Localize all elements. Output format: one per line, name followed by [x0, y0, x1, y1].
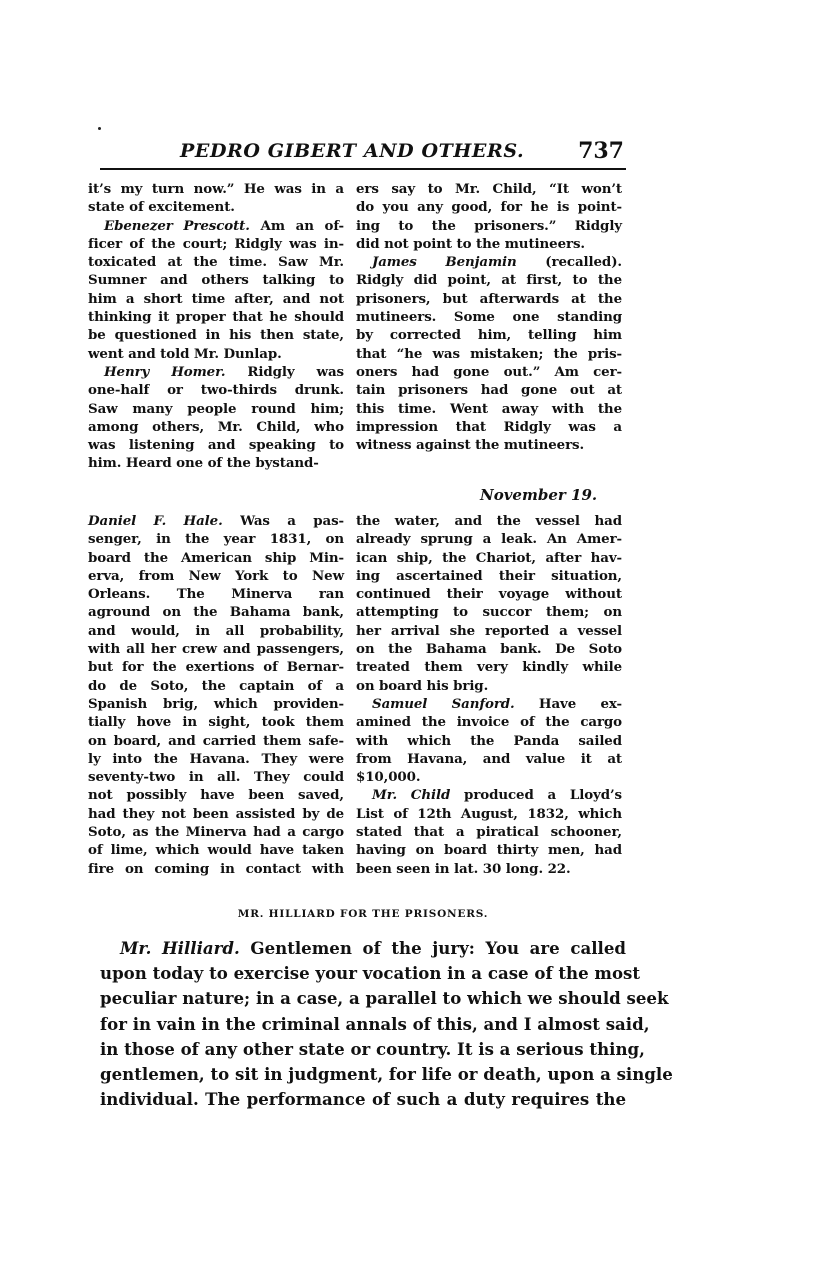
line-text: Soto, as the Minerva had a cargo: [88, 824, 344, 840]
text-line: with which the Panda sailed: [356, 732, 622, 750]
speaker-name: Mr. Child: [372, 787, 450, 803]
text-line: $10,000.: [356, 768, 622, 786]
line-text: (recalled).: [517, 254, 622, 270]
text-line: Mr. Child produced a Lloyd’s: [356, 786, 622, 804]
text-line: having on board thirty men, had: [356, 841, 622, 859]
line-text: Was a pas-: [223, 513, 344, 529]
text-line: Henry Homer. Ridgly was: [88, 363, 344, 381]
line-text: thinking it proper that he should: [88, 309, 344, 325]
text-line: that “he was mistaken; the pris-: [356, 345, 622, 363]
text-line: James Benjamin (recalled).: [356, 253, 622, 271]
line-text: for in vain in the criminal annals of th…: [100, 1014, 649, 1034]
line-text: Orleans. The Minerva ran: [88, 586, 344, 602]
line-text: from Havana, and value it at: [356, 751, 622, 767]
text-line: Soto, as the Minerva had a cargo: [88, 823, 344, 841]
running-head: PEDRO GIBERT AND OTHERS. 737: [100, 138, 626, 168]
text-line: impression that Ridgly was a: [356, 418, 622, 436]
speaker-name: Ebenezer Prescott.: [104, 218, 250, 234]
line-text: do you any good, for he is point-: [356, 199, 622, 215]
line-text: on board, and carried them safe-: [88, 733, 344, 749]
text-line: Daniel F. Hale. Was a pas-: [88, 512, 344, 530]
line-text: impression that Ridgly was a: [356, 419, 622, 435]
speaker-name: Samuel Sanford.: [372, 696, 515, 712]
line-text: Gentlemen of the jury: You are called: [240, 938, 626, 958]
text-line: amined the invoice of the cargo: [356, 713, 622, 731]
text-line: him. Heard one of the bystand-: [88, 454, 344, 472]
text-line: ers say to Mr. Child, “It won’t: [356, 180, 622, 198]
line-text: erva, from New York to New: [88, 568, 344, 584]
text-line: attempting to succor them; on: [356, 603, 622, 621]
line-text: aground on the Bahama bank,: [88, 604, 344, 620]
text-line: prisoners, but afterwards at the: [356, 290, 622, 308]
line-text: ican ship, the Chariot, after hav-: [356, 550, 622, 566]
text-line: do de Soto, the captain of a: [88, 677, 344, 695]
line-text: in those of any other state or country. …: [100, 1039, 645, 1059]
line-text: been seen in lat. 30 long. 22.: [356, 861, 571, 877]
line-text: ers say to Mr. Child, “It won’t: [356, 181, 622, 197]
line-text: ly into the Havana. They were: [88, 751, 344, 767]
text-line: on board his brig.: [356, 677, 622, 695]
line-text: ing ascertained their situation,: [356, 568, 622, 584]
line-text: was listening and speaking to: [88, 437, 344, 453]
text-line: among others, Mr. Child, who: [88, 418, 344, 436]
line-text: among others, Mr. Child, who: [88, 419, 344, 435]
text-line: be questioned in his then state,: [88, 326, 344, 344]
line-text: oners had gone out.” Am cer-: [356, 364, 622, 380]
text-line: in those of any other state or country. …: [100, 1037, 626, 1062]
line-text: but for the exertions of Bernar-: [88, 659, 344, 675]
text-line: one-half or two-thirds drunk.: [88, 381, 344, 399]
line-text: already sprung a leak. An Amer-: [356, 531, 622, 547]
line-text: $10,000.: [356, 769, 420, 785]
text-line: but for the exertions of Bernar-: [88, 658, 344, 676]
text-line: List of 12th August, 1832, which: [356, 805, 622, 823]
line-text: by corrected him, telling him: [356, 327, 622, 343]
line-text: continued their voyage without: [356, 586, 622, 602]
text-line: tain prisoners had gone out at: [356, 381, 622, 399]
text-line: thinking it proper that he should: [88, 308, 344, 326]
date-heading: November 19.: [480, 486, 597, 504]
line-text: seventy-two in all. They could: [88, 769, 344, 785]
line-text: produced a Lloyd’s: [450, 787, 622, 803]
text-line: peculiar nature; in a case, a parallel t…: [100, 986, 626, 1011]
line-text: Ridgly was: [225, 364, 344, 380]
line-text: him. Heard one of the bystand-: [88, 455, 319, 471]
text-line: aground on the Bahama bank,: [88, 603, 344, 621]
line-text: of lime, which would have taken: [88, 842, 344, 858]
page-number: 737: [578, 138, 624, 164]
line-text: on board his brig.: [356, 678, 488, 694]
line-text: Ridgly did point, at first, to the: [356, 272, 622, 288]
text-line: individual. The performance of such a du…: [100, 1087, 626, 1112]
line-text: ing to the prisoners.” Ridgly: [356, 218, 622, 234]
speaker-name: James Benjamin: [372, 254, 517, 270]
scan-speck: [98, 127, 101, 130]
text-line: Ebenezer Prescott. Am an of-: [88, 217, 344, 235]
text-line: him a short time after, and not: [88, 290, 344, 308]
section-heading: MR. HILLIARD FOR THE PRISONERS.: [100, 908, 626, 920]
line-text: one-half or two-thirds drunk.: [88, 382, 344, 398]
text-line: Ridgly did point, at first, to the: [356, 271, 622, 289]
line-text: and would, in all probability,: [88, 623, 344, 639]
bottom-left-column: Daniel F. Hale. Was a pas-senger, in the…: [88, 512, 344, 878]
text-line: do you any good, for he is point-: [356, 198, 622, 216]
text-line: went and told Mr. Dunlap.: [88, 345, 344, 363]
text-line: on board, and carried them safe-: [88, 732, 344, 750]
line-text: Am an of-: [250, 218, 344, 234]
line-text: upon today to exercise your vocation in …: [100, 963, 640, 983]
speaker-name: Daniel F. Hale.: [88, 513, 223, 529]
text-line: not possibly have been saved,: [88, 786, 344, 804]
line-text: with which the Panda sailed: [356, 733, 622, 749]
text-line: Samuel Sanford. Have ex-: [356, 695, 622, 713]
line-text: tain prisoners had gone out at: [356, 382, 622, 398]
speaker-name: Mr. Hilliard.: [120, 938, 240, 958]
text-line: stated that a piratical schooner,: [356, 823, 622, 841]
line-text: ficer of the court; Ridgly was in-: [88, 236, 344, 252]
line-text: senger, in the year 1831, on: [88, 531, 344, 547]
text-line: by corrected him, telling him: [356, 326, 622, 344]
line-text: this time. Went away with the: [356, 401, 622, 417]
text-line: been seen in lat. 30 long. 22.: [356, 860, 622, 878]
line-text: treated them very kindly while: [356, 659, 622, 675]
top-right-column: ers say to Mr. Child, “It won’tdo you an…: [356, 180, 622, 454]
text-line: ing ascertained their situation,: [356, 567, 622, 585]
text-line: and would, in all probability,: [88, 622, 344, 640]
text-line: continued their voyage without: [356, 585, 622, 603]
line-text: toxicated at the time. Saw Mr.: [88, 254, 344, 270]
text-line: state of excitement.: [88, 198, 344, 216]
line-text: do de Soto, the captain of a: [88, 678, 344, 694]
line-text: tially hove in sight, took them: [88, 714, 344, 730]
text-line: seventy-two in all. They could: [88, 768, 344, 786]
line-text: her arrival she reported a vessel: [356, 623, 622, 639]
line-text: individual. The performance of such a du…: [100, 1089, 626, 1109]
bottom-right-column: the water, and the vessel hadalready spr…: [356, 512, 622, 878]
text-line: Spanish brig, which providen-: [88, 695, 344, 713]
text-line: had they not been assisted by de: [88, 805, 344, 823]
top-left-column: it’s my turn now.” He was in astate of e…: [88, 180, 344, 473]
line-text: state of excitement.: [88, 199, 235, 215]
line-text: mutineers. Some one standing: [356, 309, 622, 325]
text-line: Mr. Hilliard. Gentlemen of the jury: You…: [100, 936, 626, 961]
text-line: Orleans. The Minerva ran: [88, 585, 344, 603]
line-text: on the Bahama bank. De Soto: [356, 641, 622, 657]
line-text: him a short time after, and not: [88, 291, 344, 307]
line-text: attempting to succor them; on: [356, 604, 622, 620]
text-line: for in vain in the criminal annals of th…: [100, 1012, 626, 1037]
line-text: peculiar nature; in a case, a parallel t…: [100, 988, 668, 1008]
text-line: the water, and the vessel had: [356, 512, 622, 530]
line-text: be questioned in his then state,: [88, 327, 344, 343]
speaker-name: Henry Homer.: [104, 364, 225, 380]
text-line: ly into the Havana. They were: [88, 750, 344, 768]
line-text: board the American ship Min-: [88, 550, 344, 566]
speech-paragraph: Mr. Hilliard. Gentlemen of the jury: You…: [100, 936, 626, 1112]
line-text: Spanish brig, which providen-: [88, 696, 344, 712]
text-line: did not point to the mutineers.: [356, 235, 622, 253]
text-line: mutineers. Some one standing: [356, 308, 622, 326]
text-line: it’s my turn now.” He was in a: [88, 180, 344, 198]
text-line: tially hove in sight, took them: [88, 713, 344, 731]
line-text: witness against the mutineers.: [356, 437, 584, 453]
text-line: toxicated at the time. Saw Mr.: [88, 253, 344, 271]
header-rule: [100, 168, 626, 170]
text-line: erva, from New York to New: [88, 567, 344, 585]
text-line: from Havana, and value it at: [356, 750, 622, 768]
line-text: Sumner and others talking to: [88, 272, 344, 288]
line-text: not possibly have been saved,: [88, 787, 344, 803]
text-line: already sprung a leak. An Amer-: [356, 530, 622, 548]
line-text: that “he was mistaken; the pris-: [356, 346, 622, 362]
line-text: the water, and the vessel had: [356, 513, 622, 529]
text-line: ican ship, the Chariot, after hav-: [356, 549, 622, 567]
text-line: Sumner and others talking to: [88, 271, 344, 289]
text-line: with all her crew and passengers,: [88, 640, 344, 658]
line-text: it’s my turn now.” He was in a: [88, 181, 344, 197]
line-text: with all her crew and passengers,: [88, 641, 344, 657]
text-line: senger, in the year 1831, on: [88, 530, 344, 548]
text-line: gentlemen, to sit in judgment, for life …: [100, 1062, 626, 1087]
line-text: did not point to the mutineers.: [356, 236, 585, 252]
text-line: witness against the mutineers.: [356, 436, 622, 454]
text-line: on the Bahama bank. De Soto: [356, 640, 622, 658]
text-line: upon today to exercise your vocation in …: [100, 961, 626, 986]
line-text: having on board thirty men, had: [356, 842, 622, 858]
text-line: was listening and speaking to: [88, 436, 344, 454]
text-line: this time. Went away with the: [356, 400, 622, 418]
running-head-title: PEDRO GIBERT AND OTHERS.: [180, 140, 524, 162]
line-text: List of 12th August, 1832, which: [356, 806, 622, 822]
line-text: had they not been assisted by de: [88, 806, 344, 822]
text-line: ficer of the court; Ridgly was in-: [88, 235, 344, 253]
line-text: amined the invoice of the cargo: [356, 714, 622, 730]
text-line: fire on coming in contact with: [88, 860, 344, 878]
line-text: Have ex-: [515, 696, 622, 712]
line-text: went and told Mr. Dunlap.: [88, 346, 282, 362]
text-line: her arrival she reported a vessel: [356, 622, 622, 640]
text-line: Saw many people round him;: [88, 400, 344, 418]
line-text: Saw many people round him;: [88, 401, 344, 417]
line-text: prisoners, but afterwards at the: [356, 291, 622, 307]
text-line: oners had gone out.” Am cer-: [356, 363, 622, 381]
text-line: board the American ship Min-: [88, 549, 344, 567]
text-line: ing to the prisoners.” Ridgly: [356, 217, 622, 235]
line-text: stated that a piratical schooner,: [356, 824, 622, 840]
line-text: fire on coming in contact with: [88, 861, 344, 877]
text-line: of lime, which would have taken: [88, 841, 344, 859]
text-line: treated them very kindly while: [356, 658, 622, 676]
line-text: gentlemen, to sit in judgment, for life …: [100, 1064, 673, 1084]
